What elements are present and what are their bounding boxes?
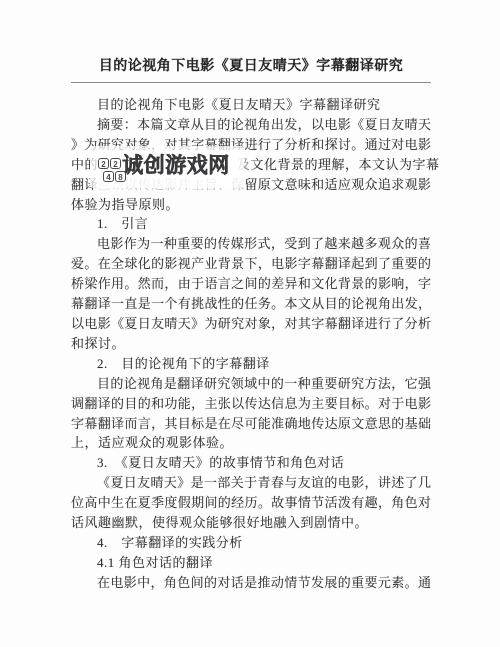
- watermark-logo-digit: 2: [98, 158, 109, 169]
- watermark: 2 2 4 8 诚创游戏网: [93, 148, 238, 186]
- text-segment: 桥梁作用。然而，由于语言之间的差异和文化背景的影响，字: [71, 276, 431, 291]
- document-content: 目的论视角下电影《夏日友晴天》字幕翻译研究 目的论视角下电影《夏日友晴天》字幕翻…: [71, 57, 431, 593]
- text-segment: 字幕翻译而言，其目标是在尽可能准确地传达原文意思的基础: [71, 416, 431, 431]
- text-segment: 目的论视角下电影《夏日友晴天》字幕翻译研究: [97, 97, 381, 112]
- title-divider: [71, 82, 431, 83]
- text-line: 摘要：本篇文章从目的论视角出发，以电影《夏日友晴天: [71, 115, 431, 135]
- text-line: 3. 《夏日友晴天》的故事情节和角色对话: [71, 453, 431, 473]
- text-segment: 4.1 角色对话的翻译: [97, 555, 213, 570]
- text-segment: 上，适应观众的观影体验。: [71, 435, 233, 450]
- text-line: 电影作为一种重要的传媒形式，受到了越来越多观众的喜: [71, 234, 431, 254]
- text-line: 2. 目的论视角下的字幕翻译: [71, 354, 431, 374]
- text-line: 话风趣幽默，使得观众能够很好地融入到剧情中。: [71, 513, 431, 533]
- text-segment: 爱。在全球化的影视产业背景下，电影字幕翻译起到了重要的: [71, 256, 431, 271]
- text-segment: 和探讨。: [71, 336, 125, 351]
- text-line: 目的论视角是翻译研究领域中的一种重要研究方法，它强: [71, 374, 431, 394]
- text-segment: 2. 目的论视角下的字幕翻译: [97, 356, 270, 371]
- text-segment: 摘要：本篇文章从目的论视角出发，以电影《夏日友晴天: [97, 117, 431, 132]
- text-line: 字幕翻译而言，其目标是在尽可能准确地传达原文意思的基础: [71, 414, 431, 434]
- text-line: 爱。在全球化的影视产业背景下，电影字幕翻译起到了重要的: [71, 254, 431, 274]
- text-line: 调翻译的目的和功能，主张以传达信息为主要目标。对于电影: [71, 394, 431, 414]
- text-line: 上，适应观众的观影体验。: [71, 433, 431, 453]
- text-segment: 1. 引言: [97, 216, 148, 231]
- document-title: 目的论视角下电影《夏日友晴天》字幕翻译研究: [71, 57, 431, 77]
- watermark-logo-digit: 2: [110, 158, 121, 169]
- text-line: 《夏日友晴天》是一部关于青春与友谊的电影，讲述了几: [71, 473, 431, 493]
- text-segment: 体验为指导原则。: [71, 197, 179, 212]
- document-page: 目的论视角下电影《夏日友晴天》字幕翻译研究 目的论视角下电影《夏日友晴天》字幕翻…: [0, 0, 500, 647]
- watermark-logo-digit: 4: [103, 171, 114, 182]
- text-line: 位高中生在夏季度假期间的经历。故事情节活泼有趣，角色对: [71, 493, 431, 513]
- text-line: 在电影中，角色间的对话是推动情节发展的重要元素。通: [71, 573, 431, 593]
- text-line: 幕翻译一直是一个有挑战性的任务。本文从目的论视角出发，: [71, 294, 431, 314]
- text-segment: 电影作为一种重要的传媒形式，受到了越来越多观众的喜: [97, 236, 431, 251]
- text-segment: 话风趣幽默，使得观众能够很好地融入到剧情中。: [71, 515, 368, 530]
- text-segment: 3. 《夏日友晴天》的故事情节和角色对话: [97, 455, 344, 470]
- text-line: 以电影《夏日友晴天》为研究对象，对其字幕翻译进行了分析: [71, 314, 431, 334]
- text-segment: 以电影《夏日友晴天》为研究对象，对其字幕翻译进行了分析: [71, 316, 431, 331]
- text-segment: 位高中生在夏季度假期间的经历。故事情节活泼有趣，角色对: [71, 495, 431, 510]
- text-line: 4.1 角色对话的翻译: [71, 553, 431, 573]
- text-segment: 留原文意味和适应观众追求观影: [244, 177, 430, 192]
- watermark-text: 诚创游戏网: [122, 149, 230, 179]
- text-segment: 《夏日友晴天》是一部关于青春与友谊的电影，讲述了几: [97, 475, 431, 490]
- text-segment: 在电影中，角色间的对话是推动情节发展的重要元素。通: [97, 575, 431, 590]
- text-segment: 4. 字幕翻译的实践分析: [97, 535, 243, 550]
- text-line: 桥梁作用。然而，由于语言之间的差异和文化背景的影响，字: [71, 274, 431, 294]
- text-line: 4. 字幕翻译的实践分析: [71, 533, 431, 553]
- text-line: 和探讨。: [71, 334, 431, 354]
- text-segment: 文化背景的理解，本文认为字幕: [251, 157, 440, 172]
- text-segment: 调翻译的目的和功能，主张以传达信息为主要目标。对于电影: [71, 396, 431, 411]
- text-segment: 幕翻译一直是一个有挑战性的任务。本文从目的论视角出发，: [71, 296, 431, 311]
- text-segment: 目的论视角是翻译研究领域中的一种重要研究方法，它强: [97, 376, 431, 391]
- text-line: 体验为指导原则。: [71, 195, 431, 215]
- text-line: 1. 引言: [71, 214, 431, 234]
- text-line: 目的论视角下电影《夏日友晴天》字幕翻译研究: [71, 95, 431, 115]
